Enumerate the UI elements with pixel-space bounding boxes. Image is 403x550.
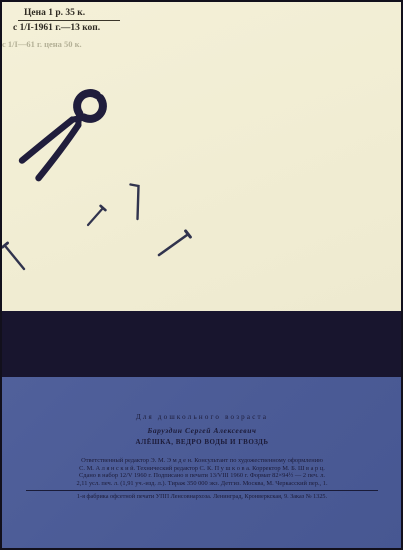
audience-note: Для дошкольного возраста: [16, 413, 388, 421]
imprint-line-editors-2: С. М. А л я н с к и й. Технический редак…: [16, 465, 388, 473]
pincers-icon: [21, 87, 108, 180]
nail-icon: [88, 206, 105, 225]
imprint-line-tirage: 2,11 усл. печ. л. (1,91 уч.-изд. л.). Ти…: [16, 480, 388, 488]
imprint-line-editors-1: Ответственный редактор Э. М. Э м д е н. …: [16, 457, 388, 465]
colophon-divider-rule: [26, 490, 378, 491]
bent-nail-icon: [131, 185, 139, 220]
book-back-cover: Цена 1 р. 35 к. с 1/I-1961 г.—13 коп. с …: [0, 0, 403, 550]
book-title: АЛЁШКА, ВЕДРО ВОДЫ И ГВОЗДЬ: [16, 438, 388, 446]
author-name: Баруздин Сергей Алексеевич: [16, 426, 388, 435]
printer-line: 1-я фабрика офсетной печати УПП Ленсовна…: [16, 493, 388, 500]
navy-divider-band: [2, 311, 401, 377]
imprint-line-typeset: Сдано в набор 12/V 1960 г. Подписано в п…: [16, 472, 388, 480]
nails-group: [3, 185, 191, 270]
cover-bottom-panel: Для дошкольного возраста Баруздин Сергей…: [2, 377, 401, 550]
colophon-block: Для дошкольного возраста Баруздин Сергей…: [16, 413, 388, 500]
pincers-and-nails-illustration: [2, 2, 403, 311]
nail-icon: [159, 231, 190, 255]
nail-icon: [3, 243, 25, 269]
cover-top-panel: Цена 1 р. 35 к. с 1/I-1961 г.—13 коп. с …: [2, 2, 401, 311]
